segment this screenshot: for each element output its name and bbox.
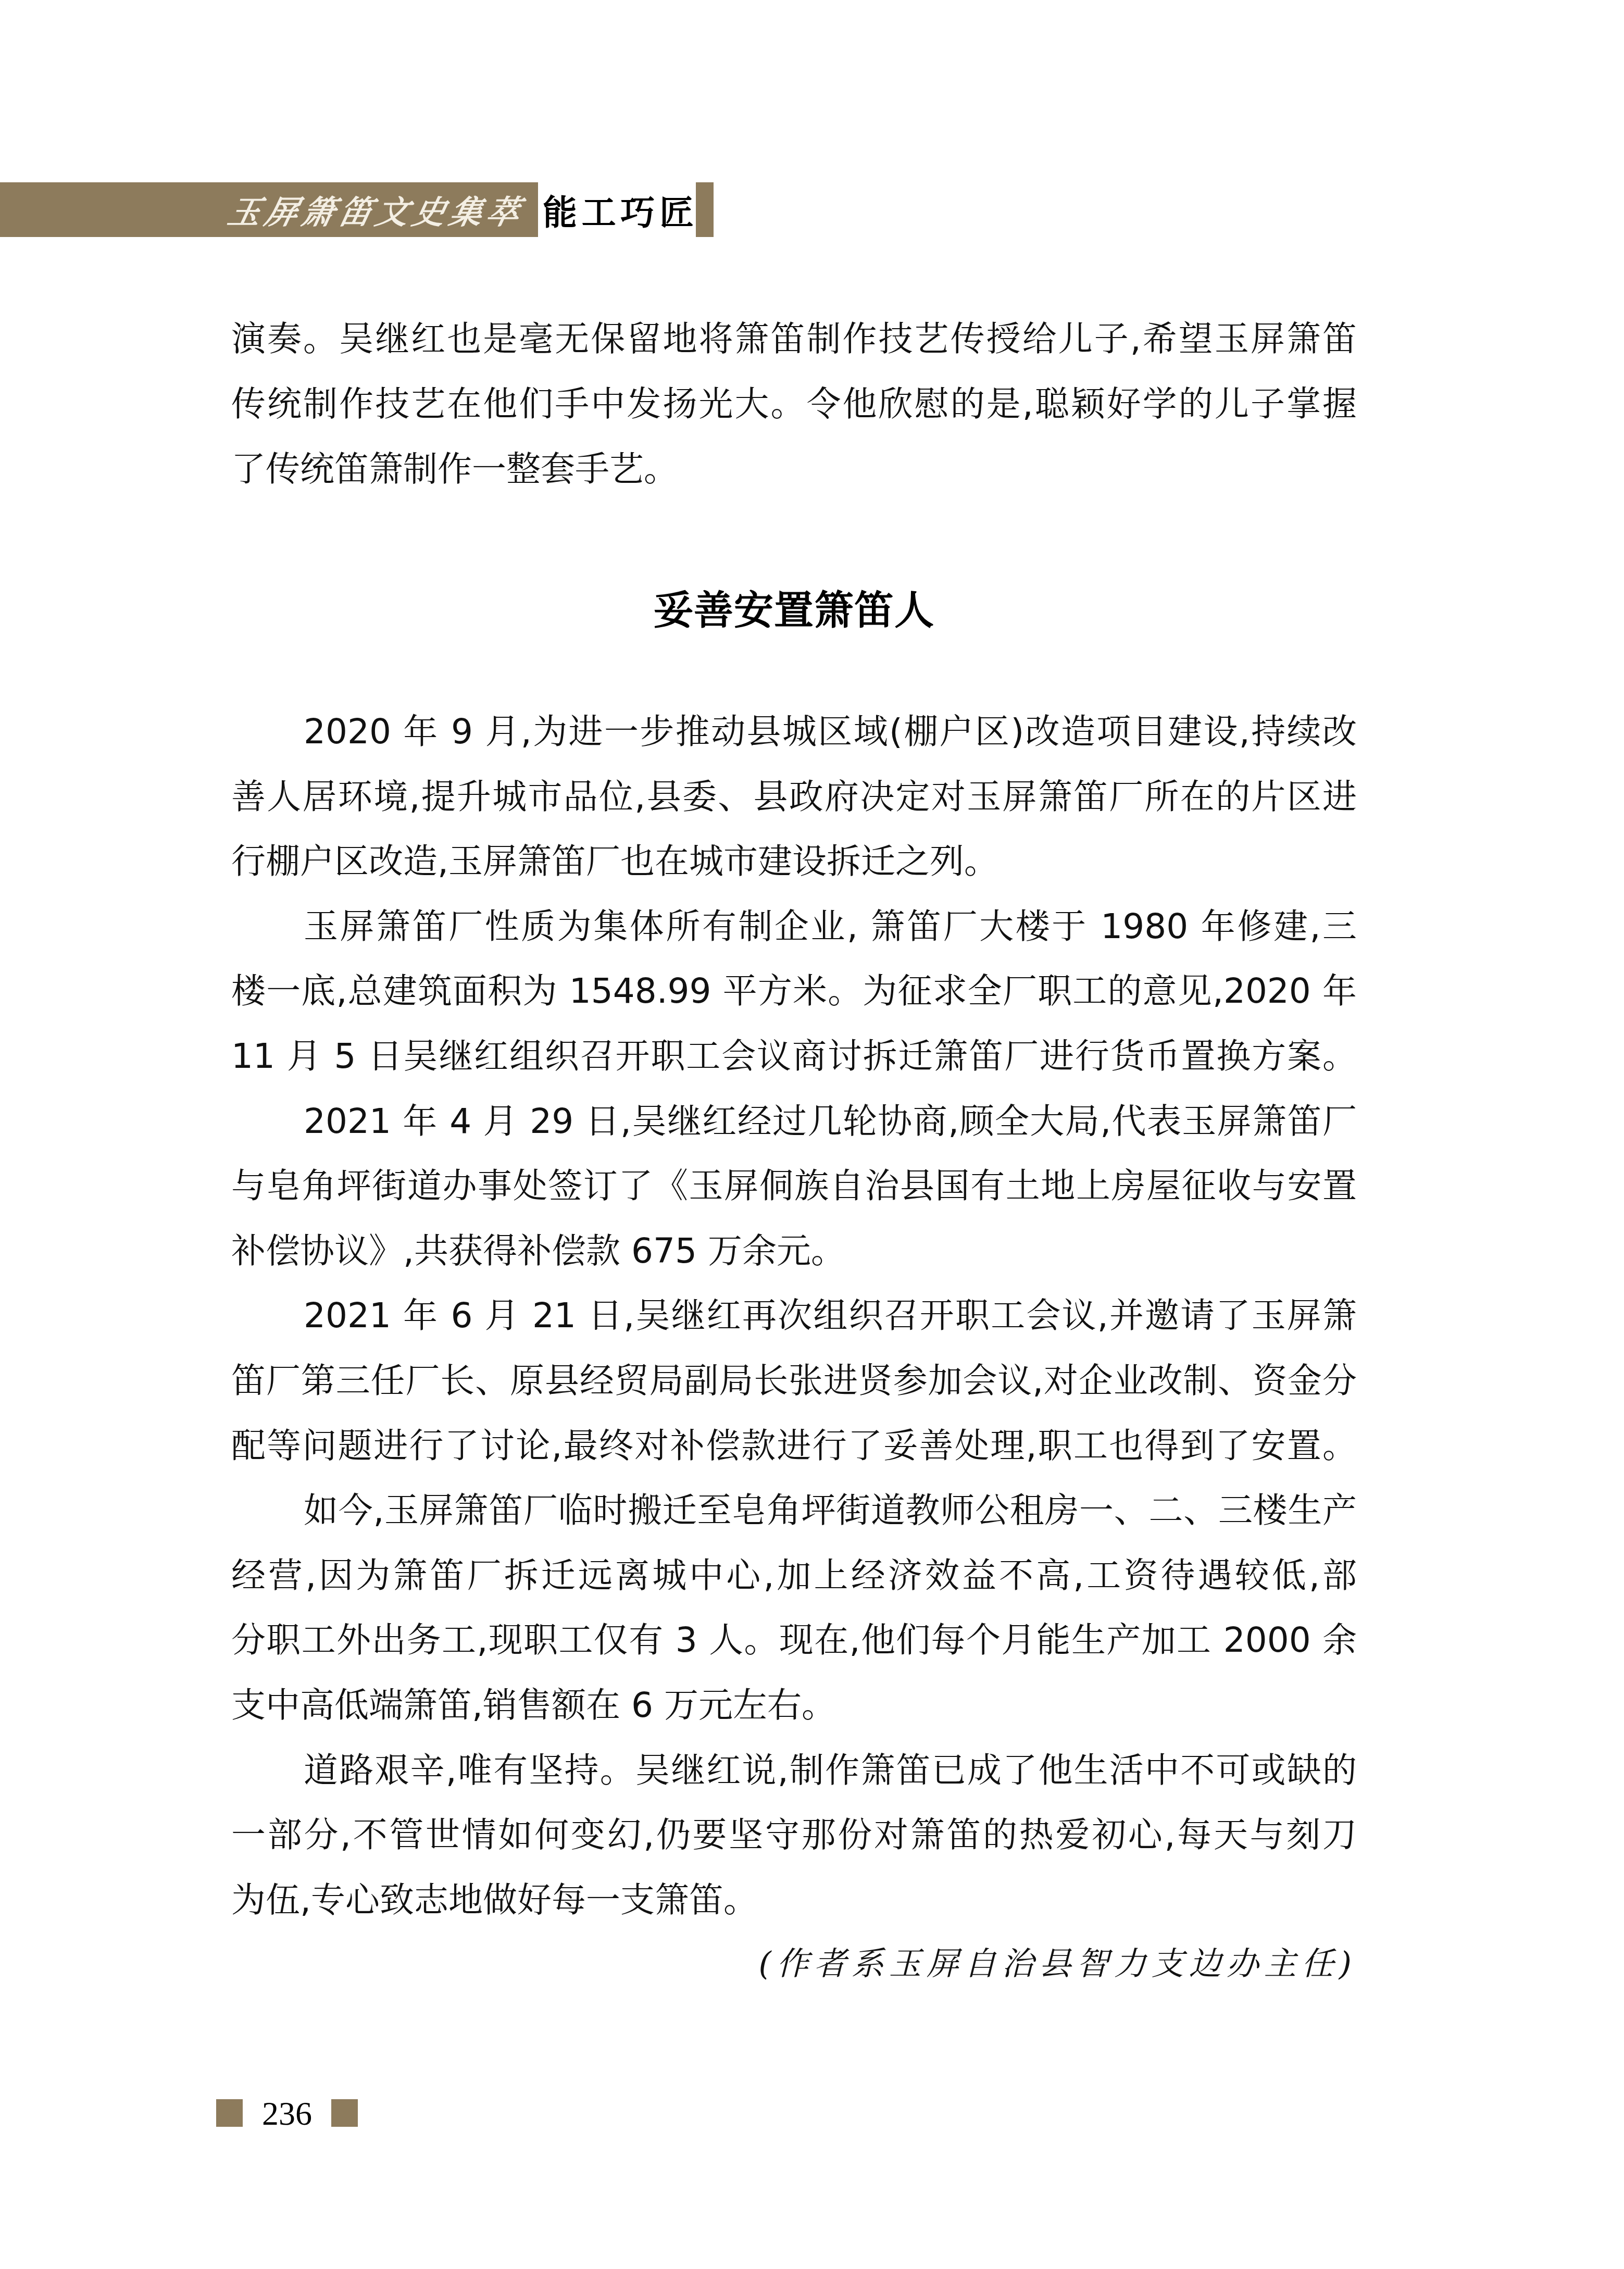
section-char: 巧 <box>620 185 655 234</box>
page-marker-right <box>331 2099 358 2127</box>
series-char: 史 <box>409 186 452 233</box>
body-line: 与皂角坪街道办事处签订了《玉屏侗族自治县国有土地上房屋征收与安置 <box>231 1154 1357 1218</box>
author-note: (作者系玉屏自治县智力支边办主任) <box>759 1931 1357 1996</box>
body-line: 经营,因为箫笛厂拆迁远离城中心,加上经济效益不高,工资待遇较低,部 <box>231 1543 1357 1608</box>
body-line: 笛厂第三任厂长、原县经贸局副局长张进贤参加会议,对企业改制、资金分 <box>231 1349 1357 1413</box>
series-char: 箫 <box>298 186 341 233</box>
section-label: 能 工 巧 匠 <box>543 182 694 237</box>
series-char: 文 <box>372 186 415 233</box>
page-number: 236 <box>255 2094 319 2133</box>
body-line: 支中高低端箫笛,销售额在 6 万元左右。 <box>231 1673 1357 1738</box>
section-char: 工 <box>582 185 616 234</box>
body-line: 行棚户区改造,玉屏箫笛厂也在城市建设拆迁之列。 <box>231 829 1357 894</box>
body-line: 了传统笛箫制作一整套手艺。 <box>231 437 1357 502</box>
body-line: 2020 年 9 月,为进一步推动县城区域(棚户区)改造项目建设,持续改 <box>304 700 1357 764</box>
header-bar <box>696 182 714 237</box>
body-line: 楼一底,总建筑面积为 1548.99 平方米。为征求全厂职工的意见,2020 年 <box>231 959 1357 1024</box>
body-line: 如今,玉屏箫笛厂临时搬迁至皂角坪街道教师公租房一、二、三楼生产 <box>304 1478 1357 1543</box>
section-char: 匠 <box>659 185 694 234</box>
series-char: 屏 <box>261 186 304 233</box>
body-line: 传统制作技艺在他们手中发扬光大。令他欣慰的是,聪颖好学的儿子掌握 <box>231 372 1357 437</box>
body-line: 11 月 5 日吴继红组织召开职工会议商讨拆迁箫笛厂进行货币置换方案。 <box>231 1024 1357 1089</box>
page-marker-left <box>216 2099 243 2127</box>
series-title: 玉 屏 箫 笛 文 史 集 萃 <box>223 182 527 237</box>
series-char: 集 <box>446 186 489 233</box>
body-line: 道路艰辛,唯有坚持。吴继红说,制作箫笛已成了他生活中不可或缺的 <box>304 1738 1357 1803</box>
section-char: 能 <box>543 185 577 234</box>
body-line: 演奏。吴继红也是毫无保留地将箫笛制作技艺传授给儿子,希望玉屏箫笛 <box>231 307 1357 371</box>
body-line: 为伍,专心致志地做好每一支箫笛。 <box>231 1868 1357 1933</box>
body-line: 2021 年 4 月 29 日,吴继红经过几轮协商,顾全大局,代表玉屏箫笛厂 <box>304 1089 1357 1154</box>
body-line: 玉屏箫笛厂性质为集体所有制企业, 箫笛厂大楼于 1980 年修建,三 <box>304 894 1357 959</box>
body-line: 善人居环境,提升城市品位,县委、县政府决定对玉屏箫笛厂所在的片区进 <box>231 765 1357 829</box>
series-char: 笛 <box>335 186 378 233</box>
body-line: 2021 年 6 月 21 日,吴继红再次组织召开职工会议,并邀请了玉屏箫 <box>304 1283 1357 1348</box>
body-line: 分职工外出务工,现职工仅有 3 人。现在,他们每个月能生产加工 2000 余 <box>231 1608 1357 1673</box>
section-heading: 妥善安置箫笛人 <box>231 578 1357 643</box>
body-line: 配等问题进行了讨论,最终对补偿款进行了妥善处理,职工也得到了安置。 <box>231 1414 1357 1478</box>
body-line: 一部分,不管世情如何变幻,仍要坚守那份对箫笛的热爱初心,每天与刻刀 <box>231 1803 1357 1867</box>
body-line: 补偿协议》,共获得补偿款 675 万余元。 <box>231 1219 1357 1283</box>
